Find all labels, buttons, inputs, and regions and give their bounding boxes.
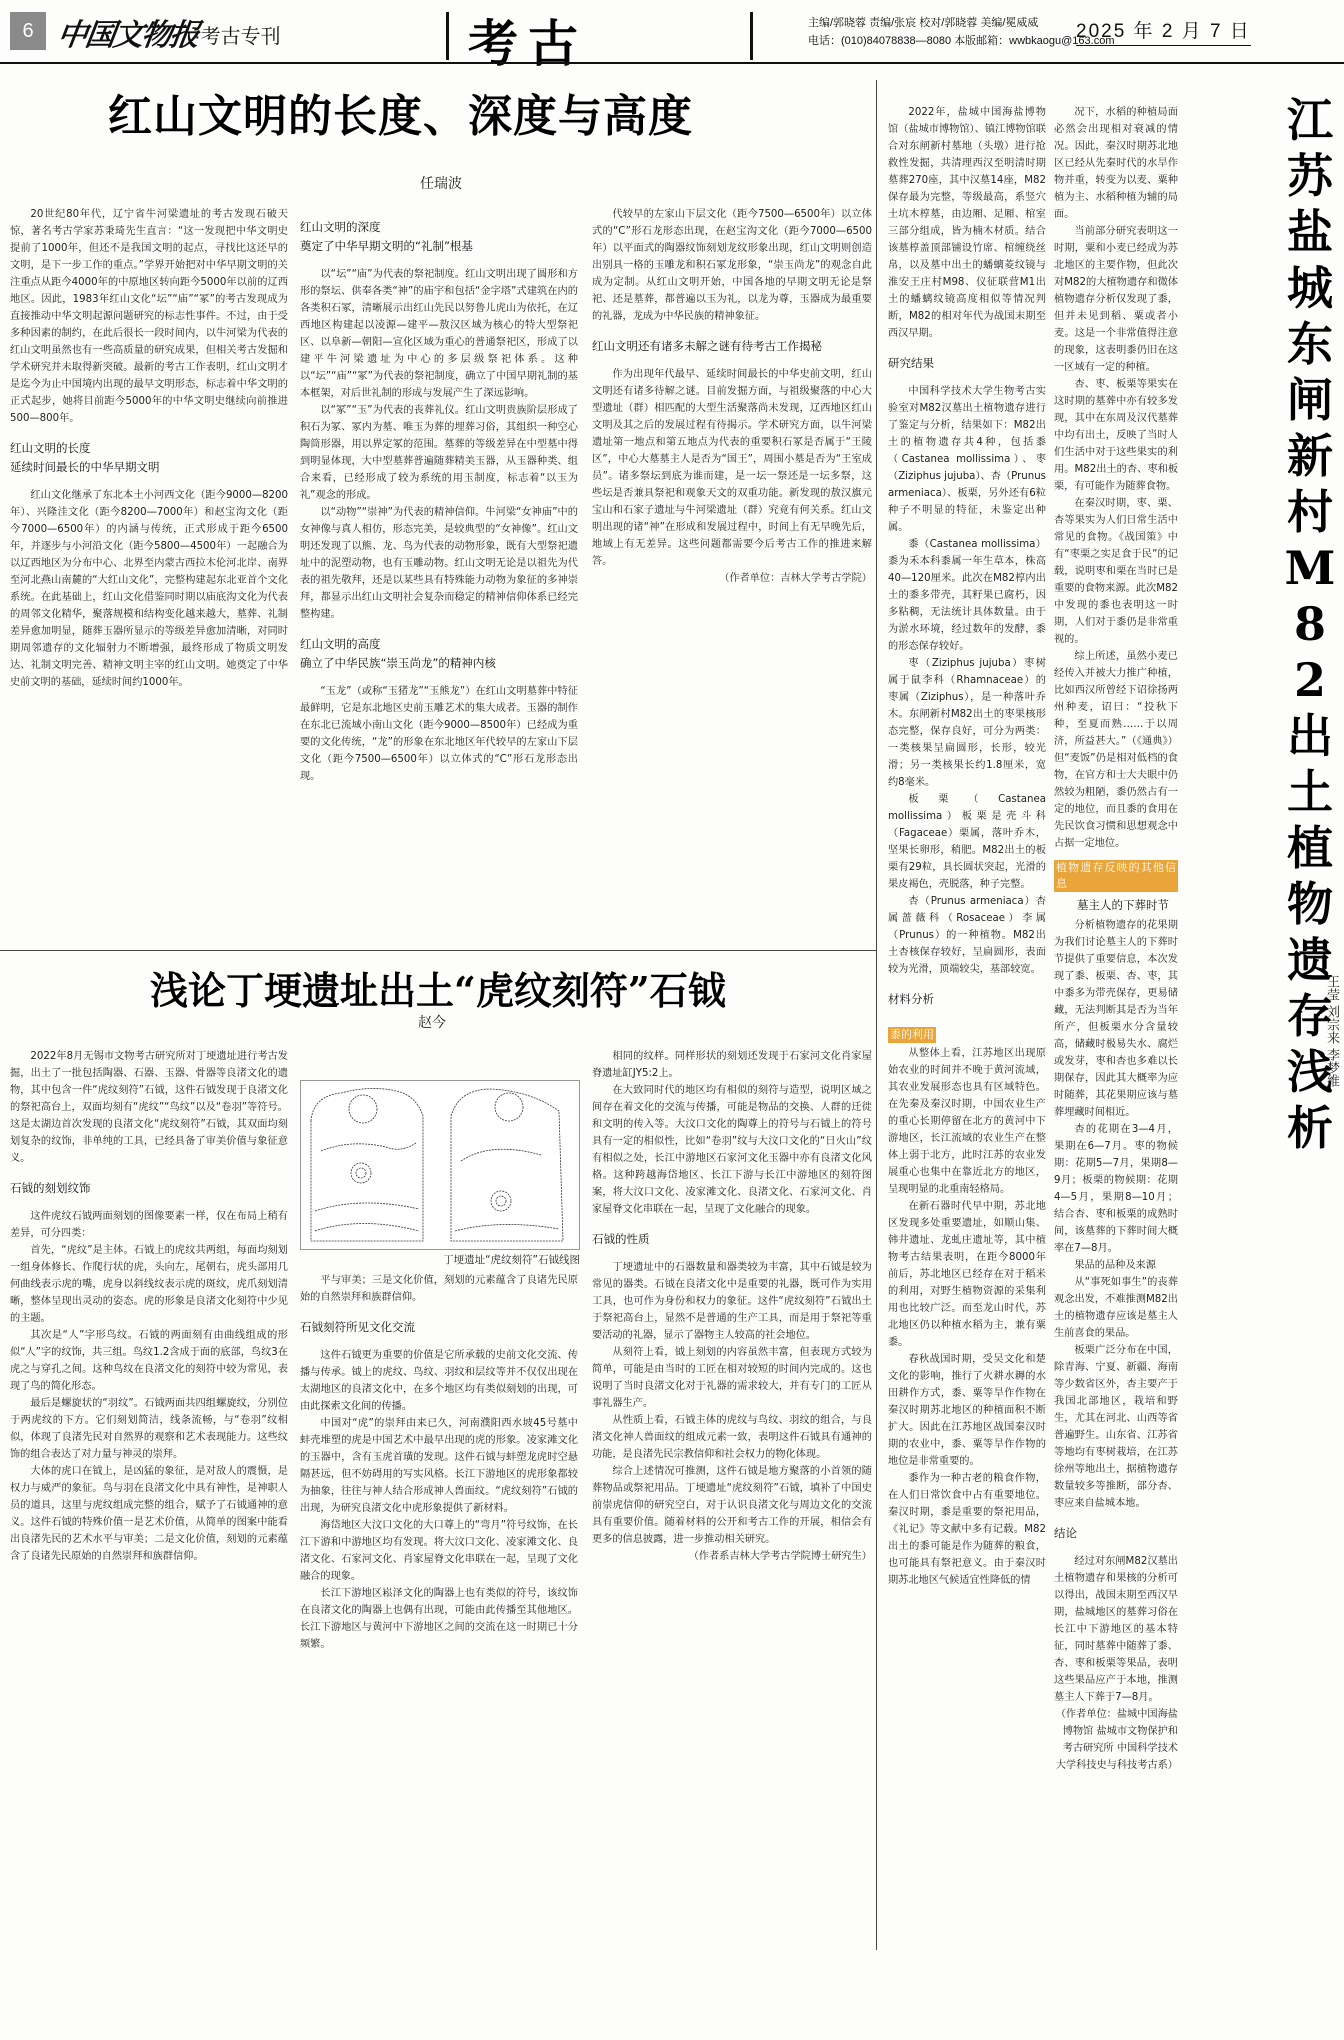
paragraph: 大体的虎口在钺上，是凶猛的象征，是对敌人的震慑，是权力与威严的象征。鸟与羽在良渚… (10, 1463, 288, 1565)
paragraph: 以“冢”“玉”为代表的丧葬礼仪。红山文明贵族阶层形成了积石为冢、冢内为墓、唯玉为… (300, 402, 578, 504)
paragraph: 分析植物遗存的花果期为我们讨论墓主人的下葬时节提供了重要信息，本次发现了黍、板栗… (1054, 917, 1178, 1121)
paragraph: 最后是螺旋状的“羽纹”。石钺两面共四组螺旋纹，分别位于两虎纹的下方。它们刻划简洁… (10, 1395, 288, 1463)
paragraph: 黍作为一种古老的粮食作物，在人们日常饮食中占有重要地位。秦汉时期，黍是重要的祭祀… (888, 1470, 1046, 1589)
highlighted-subheading: 黍的利用 (888, 1027, 936, 1043)
section-subheading: 红山文明的深度 (300, 218, 578, 237)
paper-name-logo: 中国文物报 (55, 10, 201, 54)
section-divider (0, 950, 876, 951)
paragraph: 在新石器时代早中期，苏北地区发现多处重要遗址，如顺山集、韩井遗址、龙虬庄遗址等，… (888, 1198, 1046, 1351)
section-subheading: 材料分析 (888, 990, 1046, 1009)
author-affiliation: （作者单位：吉林大学考古学院） (592, 570, 872, 587)
article-column: 红山文明的深度奠定了中华早期文明的“礼制”根基以“坛”“庙”为代表的祭祀制度。红… (300, 206, 578, 906)
paragraph: 20世纪80年代，辽宁省牛河梁遗址的考古发现石破天惊，著名考古学家苏秉琦先生直言… (10, 206, 288, 427)
paragraph: 从整体上看，江苏地区出现原始农业的时间并不晚于黄河流域，其农业发展形态也具有区域… (888, 1045, 1046, 1198)
divider (750, 12, 753, 60)
section-subheading: 奠定了中华早期文明的“礼制”根基 (300, 237, 578, 256)
paragraph: 从“事死如事生”的丧葬观念出发，不难推测M82出土的植物遗存应该是墓主人生前喜食… (1054, 1274, 1178, 1342)
section-subheading: 石钺刻符所见文化交流 (300, 1318, 578, 1337)
highlighted-subheading: 植物遗存反映的其他信息 (1054, 860, 1178, 892)
paragraph: 经过对东闸M82汉墓出土植物遗存和果核的分析可以得出，战国末期至西汉早期，盐城地… (1054, 1553, 1178, 1706)
article-title: 浅论丁埂遗址出土“虎纹刻符”石钺 (150, 960, 726, 1015)
stone-axe-line-drawing (300, 1080, 580, 1250)
article-column: 2022年8月无锡市文物考古研究所对丁埂遗址进行考古发掘，出土了一批包括陶器、石… (10, 1048, 288, 1943)
article-column: 代较早的左家山下层文化（距今7500—6500年）以立体式的“C”形石龙形态出现… (592, 206, 872, 906)
paragraph: 平与审美；三是文化价值，刻划的元素蕴含了良诸先民原始的自然崇拜和族群信仰。 (300, 1272, 578, 1306)
paragraph: 果品的品种及来源 (1054, 1257, 1178, 1274)
paragraph: 春秋战国时期，受吴文化和楚文化的影响，推行了火耕水耨的水田耕作方式，黍、粟等旱作… (888, 1351, 1046, 1470)
article-column: 2022年，盐城中国海盐博物馆（盐城市博物馆）、镇江博物馆联合对东闸新村墓地（头… (888, 104, 1046, 1959)
masthead: 6 中国文物报 ·考古专刊 考古 主编/郭晓蓉 责编/张宸 校对/郭晓蓉 美编/… (0, 0, 1344, 62)
paragraph: 海岱地区大汶口文化的大口尊上的“弯月”符号纹饰，在长江下游和中游地区均有发现。将… (300, 1517, 578, 1585)
paragraph: 在大致同时代的地区均有相似的刻符与造型，说明区域之间存在着文化的交流与传播，可能… (592, 1082, 872, 1218)
paragraph: 红山文化继承了东北本土小河西文化（距今9000—8200年）、兴隆洼文化（距今8… (10, 487, 288, 691)
author-affiliation: （作者系吉林大学考古学院博士研究生） (592, 1548, 872, 1565)
paragraph: 杏的花期在3—4月，果期在6—7月。枣的物候期：花期5—7月，果期8—9月；板栗… (1054, 1121, 1178, 1257)
section-subheading: 石钺的性质 (592, 1230, 872, 1249)
paragraph: 这件虎纹石钺两面刻划的图像要素一样，仅在布局上稍有差异，可分四类： (10, 1208, 288, 1242)
paragraph: 黍（Castanea mollissima）黍为禾本科黍属一年生草本，株高40—… (888, 536, 1046, 655)
article-column: 平与审美；三是文化价值，刻划的元素蕴含了良诸先民原始的自然崇拜和族群信仰。石钺刻… (300, 1272, 578, 1944)
paragraph: “玉龙”（或称“玉猪龙”“玉熊龙”）在红山文明墓葬中特征最鲜明，它是东北地区史前… (300, 683, 578, 785)
article-author: 任瑞波 (420, 173, 462, 193)
section-subheading: 石钺的刻划纹饰 (10, 1179, 288, 1198)
paragraph: 杏（Prunus armeniaca）杏属蔷薇科（Rosaceae）李属（Pru… (888, 893, 1046, 978)
section-subheading: 结论 (1054, 1524, 1178, 1543)
article-authors: 王莹 刘宗来 李梦维 (1296, 975, 1340, 1087)
paragraph: 在秦汉时期，枣、栗、杏等果实为人们日常生活中常见的食物。《战国策》中有“枣栗之实… (1054, 495, 1178, 648)
section-subheading: 研究结果 (888, 354, 1046, 373)
author-affiliation: （作者单位：盐城中国海盐博物馆 盐城市文物保护和考古研究所 中国科学技术大学科技… (1054, 1706, 1178, 1774)
paragraph: 从性质上看，石钺主体的虎纹与鸟纹、羽纹的组合，与良渚文化神人兽面纹的组成元素一致… (592, 1412, 872, 1463)
editorial-credits: 主编/郭晓蓉 责编/张宸 校对/郭晓蓉 美编/冕威威 电话：(010)84078… (808, 14, 1114, 50)
paragraph: 当前部分研究表明这一时期，粟和小麦已经成为苏北地区的主要作物，但此次对M82的大… (1054, 223, 1178, 376)
publication-date: 2025 年 2 月 7 日 (1076, 16, 1251, 46)
article-title: 红山文明的长度、深度与高度 (108, 80, 693, 144)
paragraph: 板栗（Castanea mollissima）板栗是壳斗科（Fagaceae）栗… (888, 791, 1046, 893)
paragraph: 首先，“虎纹”是主体。石钺上的虎纹共两组，每面均刻划一组身体修长、作爬行状的虎，… (10, 1242, 288, 1327)
section-subheading: 红山文明还有诸多未解之谜有待考古工作揭秘 (592, 337, 872, 356)
credits-editors: 主编/郭晓蓉 责编/张宸 校对/郭晓蓉 美编/冕威威 (808, 14, 1114, 32)
paragraph: 以“动物”“崇神”为代表的精神信仰。牛河梁“女神庙”中的女神像与真人相仿，形态完… (300, 504, 578, 623)
paragraph: 这件石钺更为重要的价值是它所承载的史前文化交流、传播与传承。钺上的虎纹、鸟纹、羽… (300, 1347, 578, 1415)
paragraph: 作为出现年代最早、延续时间最长的中华史前文明，红山文明还有诸多待解之谜。目前发掘… (592, 366, 872, 570)
supplement-label: ·考古专刊 (194, 20, 281, 49)
section-subheading: 延续时间最长的中华早期文明 (10, 458, 288, 477)
paragraph: 综合上述情况可推测，这件石钺是地方聚落的小首领的随葬物品或祭祀用品。丁埂遗址“虎… (592, 1463, 872, 1548)
section-subheading: 墓主人的下葬时节 (1054, 896, 1178, 915)
section-subheading: 红山文明的高度 (300, 635, 578, 654)
paragraph: 相同的纹样。同样形状的刻划还发现于石家河文化肖家屋脊遗址缸JY5:2上。 (592, 1048, 872, 1082)
article-column: 相同的纹样。同样形状的刻划还发现于石家河文化肖家屋脊遗址缸JY5:2上。在大致同… (592, 1048, 872, 1943)
paragraph: 2022年，盐城中国海盐博物馆（盐城市博物馆）、镇江博物馆联合对东闸新村墓地（头… (888, 104, 1046, 342)
paragraph: 中国科学技术大学生物考古实验室对M82汉墓出土植物遗存进行了鉴定与分析，结果如下… (888, 383, 1046, 536)
masthead-rule (0, 62, 1344, 64)
paragraph: 2022年8月无锡市文物考古研究所对丁埂遗址进行考古发掘，出土了一批包括陶器、石… (10, 1048, 288, 1167)
paragraph: 枣（Ziziphus jujuba）枣树属于鼠李科（Rhamnaceae）的枣属… (888, 655, 1046, 791)
article-column: 20世纪80年代，辽宁省牛河梁遗址的考古发现石破天惊，著名考古学家苏秉琦先生直言… (10, 206, 288, 906)
paragraph: 长江下游地区崧泽文化的陶器上也有类似的符号，该纹饰在良渚文化的陶器上也偶有出现，… (300, 1585, 578, 1653)
column-divider (876, 80, 877, 1950)
paragraph: 杏、枣、板栗等果实在这时期的墓葬中亦有较多发现，其中在东周及汉代墓葬中均有出土，… (1054, 376, 1178, 495)
article-column: 况下，水稻的种植局面必然会出现相对衰减的情况。因此，秦汉时期苏北地区已经从先秦时… (1054, 104, 1178, 1959)
article-author: 赵今 (418, 1012, 446, 1032)
divider (446, 12, 449, 60)
page-number: 6 (10, 12, 46, 50)
paragraph: 综上所述，虽然小麦已经传入并被大力推广种植，比如西汉所曾经下诏徐扬两州种麦，诏曰… (1054, 648, 1178, 852)
section-subheading: 确立了中华民族“崇玉尚龙”的精神内核 (300, 654, 578, 673)
axe-drawing-icon (301, 1081, 579, 1249)
paragraph: 以“坛”“庙”为代表的祭祀制度。红山文明出现了圆形和方形的祭坛、供奉各类“神”的… (300, 266, 578, 402)
paragraph: 板栗广泛分布在中国，除青海、宁夏、新疆、海南等少数省区外，杏主要产于我国北部地区… (1054, 1342, 1178, 1512)
figure-caption: 丁埂遗址“虎纹刻符”石钺线图 (300, 1252, 580, 1267)
section-title: 考古 (468, 4, 588, 76)
paragraph: 丁埂遗址中的石器数量和器类较为丰富，其中石钺是较为常见的器类。石钺在良渚文化中是… (592, 1259, 872, 1344)
paragraph: 代较早的左家山下层文化（距今7500—6500年）以立体式的“C”形石龙形态出现… (592, 206, 872, 325)
paragraph: 从刻符上看，钺上刻划的内容虽然丰富，但表现方式较为简单，可能是由当时的工匠在相对… (592, 1344, 872, 1412)
paragraph: 中国对“虎”的崇拜由来已久，河南濮阳西水坡45号墓中蚌壳堆塑的虎是中国艺术中最早… (300, 1415, 578, 1517)
credits-contact: 电话：(010)84078838—8080 本版邮箱：wwbkaogu@163.… (808, 32, 1114, 50)
paragraph: 其次是“人”字形鸟纹。石钺的两面刻有由曲线组成的形似“人”字的纹饰，共三组。鸟纹… (10, 1327, 288, 1395)
section-subheading: 红山文明的长度 (10, 439, 288, 458)
paragraph: 况下，水稻的种植局面必然会出现相对衰减的情况。因此，秦汉时期苏北地区已经从先秦时… (1054, 104, 1178, 223)
